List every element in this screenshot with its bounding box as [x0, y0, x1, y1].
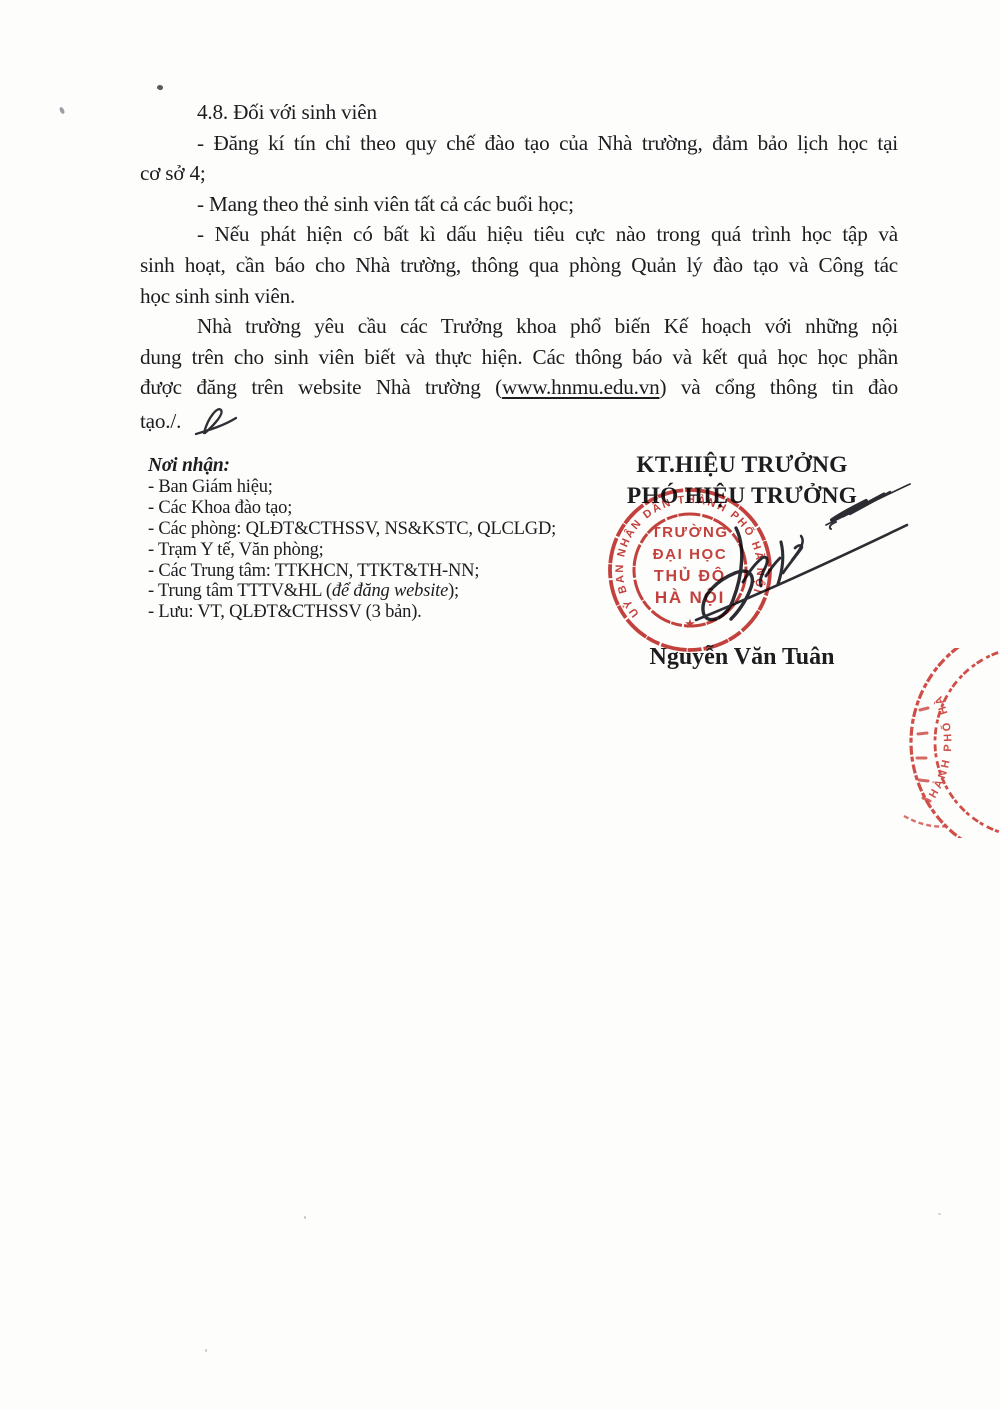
paragraph-line: - Nếu phát hiện có bất kì dấu hiệu tiêu … [140, 219, 898, 250]
recipient-item: - Trung tâm TTTV&HL (để đăng website); [148, 581, 648, 602]
paragraph-line: - Đăng kí tín chỉ theo quy chế đào tạo c… [140, 128, 898, 159]
recipient-item: - Trạm Y tế, Văn phòng; [148, 540, 648, 561]
recipient-item: - Ban Giám hiệu; [148, 477, 648, 498]
edge-stamp-ring-text: THÀNH PHỐ HÀ [890, 648, 954, 800]
paragraph-line: được đăng trên website Nhà trường (www.h… [140, 372, 898, 403]
scan-speck [58, 106, 65, 114]
recipients-block: Nơi nhận: - Ban Giám hiệu; - Các Khoa đà… [148, 456, 648, 623]
document-body: 4.8. Đối với sinh viên - Đăng kí tín chỉ… [140, 97, 898, 437]
paragraph-line: cơ sở 4; [140, 158, 898, 189]
paragraph-text: được đăng trên website Nhà trường ( [140, 375, 502, 399]
paragraph-line: Nhà trường yêu cầu các Trưởng khoa phổ b… [140, 311, 898, 342]
handwritten-signature [600, 470, 930, 670]
recipient-item: - Các phòng: QLĐT&CTHSSV, NS&KSTC, QLCLG… [148, 519, 648, 540]
paragraph-line: sinh hoạt, cần báo cho Nhà trường, thông… [140, 250, 898, 281]
recipients-title: Nơi nhận: [148, 456, 648, 477]
scan-speck [304, 1216, 306, 1219]
signer-name: Nguyễn Văn Tuân [592, 644, 892, 671]
paragraph-line: - Mang theo thẻ sinh viên tất cả các buổ… [140, 189, 898, 220]
initials-ink-mark [193, 403, 239, 437]
scan-speck [938, 1213, 941, 1215]
recipient-text-italic: để đăng website [332, 581, 448, 601]
recipient-item: - Các Khoa đào tạo; [148, 498, 648, 519]
scan-speck [156, 84, 163, 91]
recipient-item: - Các Trung tâm: TTKHCN, TTKT&TH-NN; [148, 561, 648, 582]
paragraph-text: ) và cổng thông tin đào [660, 375, 898, 399]
recipient-text: - Trung tâm TTTV&HL ( [148, 581, 332, 601]
scan-speck [205, 1349, 207, 1352]
recipient-item: - Lưu: VT, QLĐT&CTHSSV (3 bản). [148, 602, 648, 623]
paragraph-line: tạo./. [140, 403, 898, 437]
document-page: 4.8. Đối với sinh viên - Đăng kí tín chỉ… [0, 0, 1000, 1410]
edge-stamp-fragment: THÀNH PHỐ HÀ [890, 648, 1000, 838]
recipient-text: ); [448, 581, 459, 601]
website-link[interactable]: www.hnmu.edu.vn [502, 375, 659, 399]
paragraph-line: dung trên cho sinh viên biết và thực hiệ… [140, 342, 898, 373]
paragraph-text: tạo./. [140, 409, 181, 433]
section-heading: 4.8. Đối với sinh viên [140, 97, 898, 128]
paragraph-line: học sinh sinh viên. [140, 281, 898, 312]
